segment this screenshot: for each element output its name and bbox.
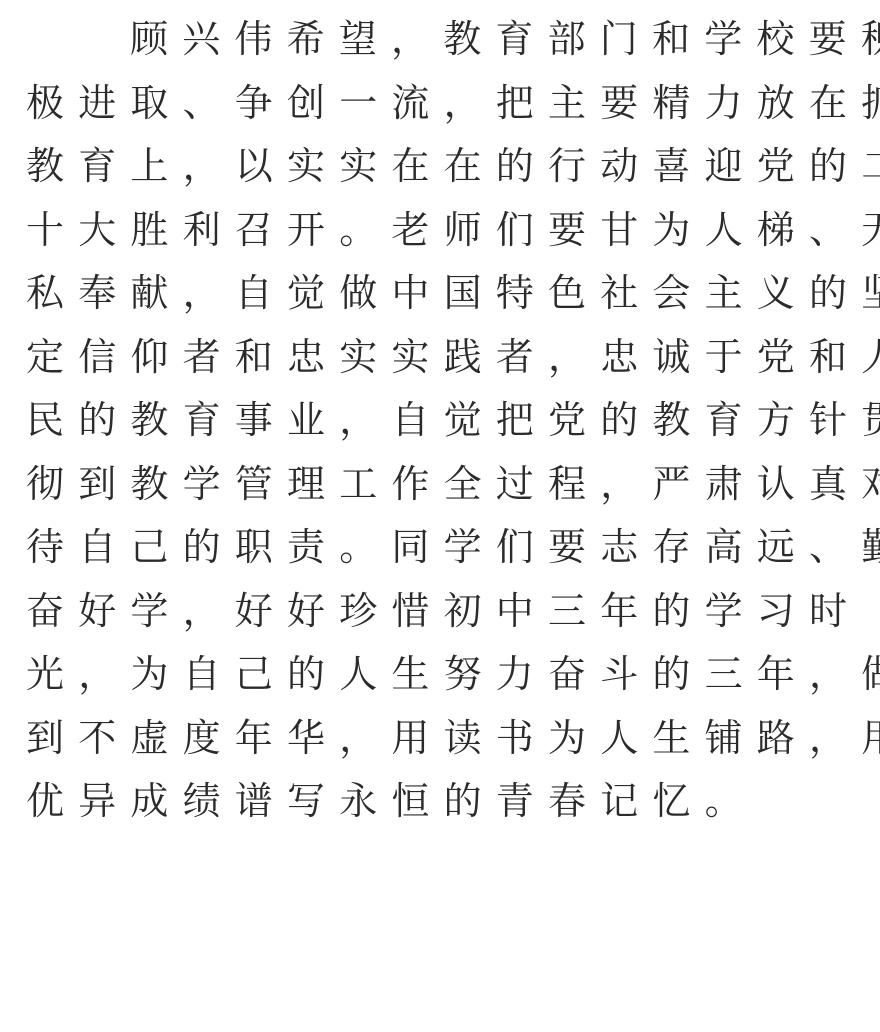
text-line: 优异成绩谱写永恒的青春记忆。 bbox=[26, 770, 866, 834]
text-line: 到不虚度年华，用读书为人生铺路，用 bbox=[26, 707, 866, 771]
text-line: 十大胜利召开。老师们要甘为人梯、无 bbox=[26, 199, 866, 263]
article-paragraph: 顾兴伟希望，教育部门和学校要积 极进取、争创一流，把主要精力放在抓 教育上，以实… bbox=[26, 8, 866, 834]
text-line: 民的教育事业，自觉把党的教育方针贯 bbox=[26, 389, 866, 453]
text-line: 光，为自己的人生努力奋斗的三年，做 bbox=[26, 643, 866, 707]
text-line: 彻到教学管理工作全过程，严肃认真对 bbox=[26, 453, 866, 517]
text-line: 教育上，以实实在在的行动喜迎党的二 bbox=[26, 135, 866, 199]
text-line: 定信仰者和忠实实践者，忠诚于党和人 bbox=[26, 326, 866, 390]
article-body: 顾兴伟希望，教育部门和学校要积 极进取、争创一流，把主要精力放在抓 教育上，以实… bbox=[26, 0, 866, 834]
text-line: 奋好学，好好珍惜初中三年的学习时 bbox=[26, 580, 866, 644]
text-line: 顾兴伟希望，教育部门和学校要积 bbox=[26, 8, 866, 72]
text-line: 待自己的职责。同学们要志存高远、勤 bbox=[26, 516, 866, 580]
text-line: 私奉献，自觉做中国特色社会主义的坚 bbox=[26, 262, 866, 326]
text-line: 极进取、争创一流，把主要精力放在抓 bbox=[26, 72, 866, 136]
